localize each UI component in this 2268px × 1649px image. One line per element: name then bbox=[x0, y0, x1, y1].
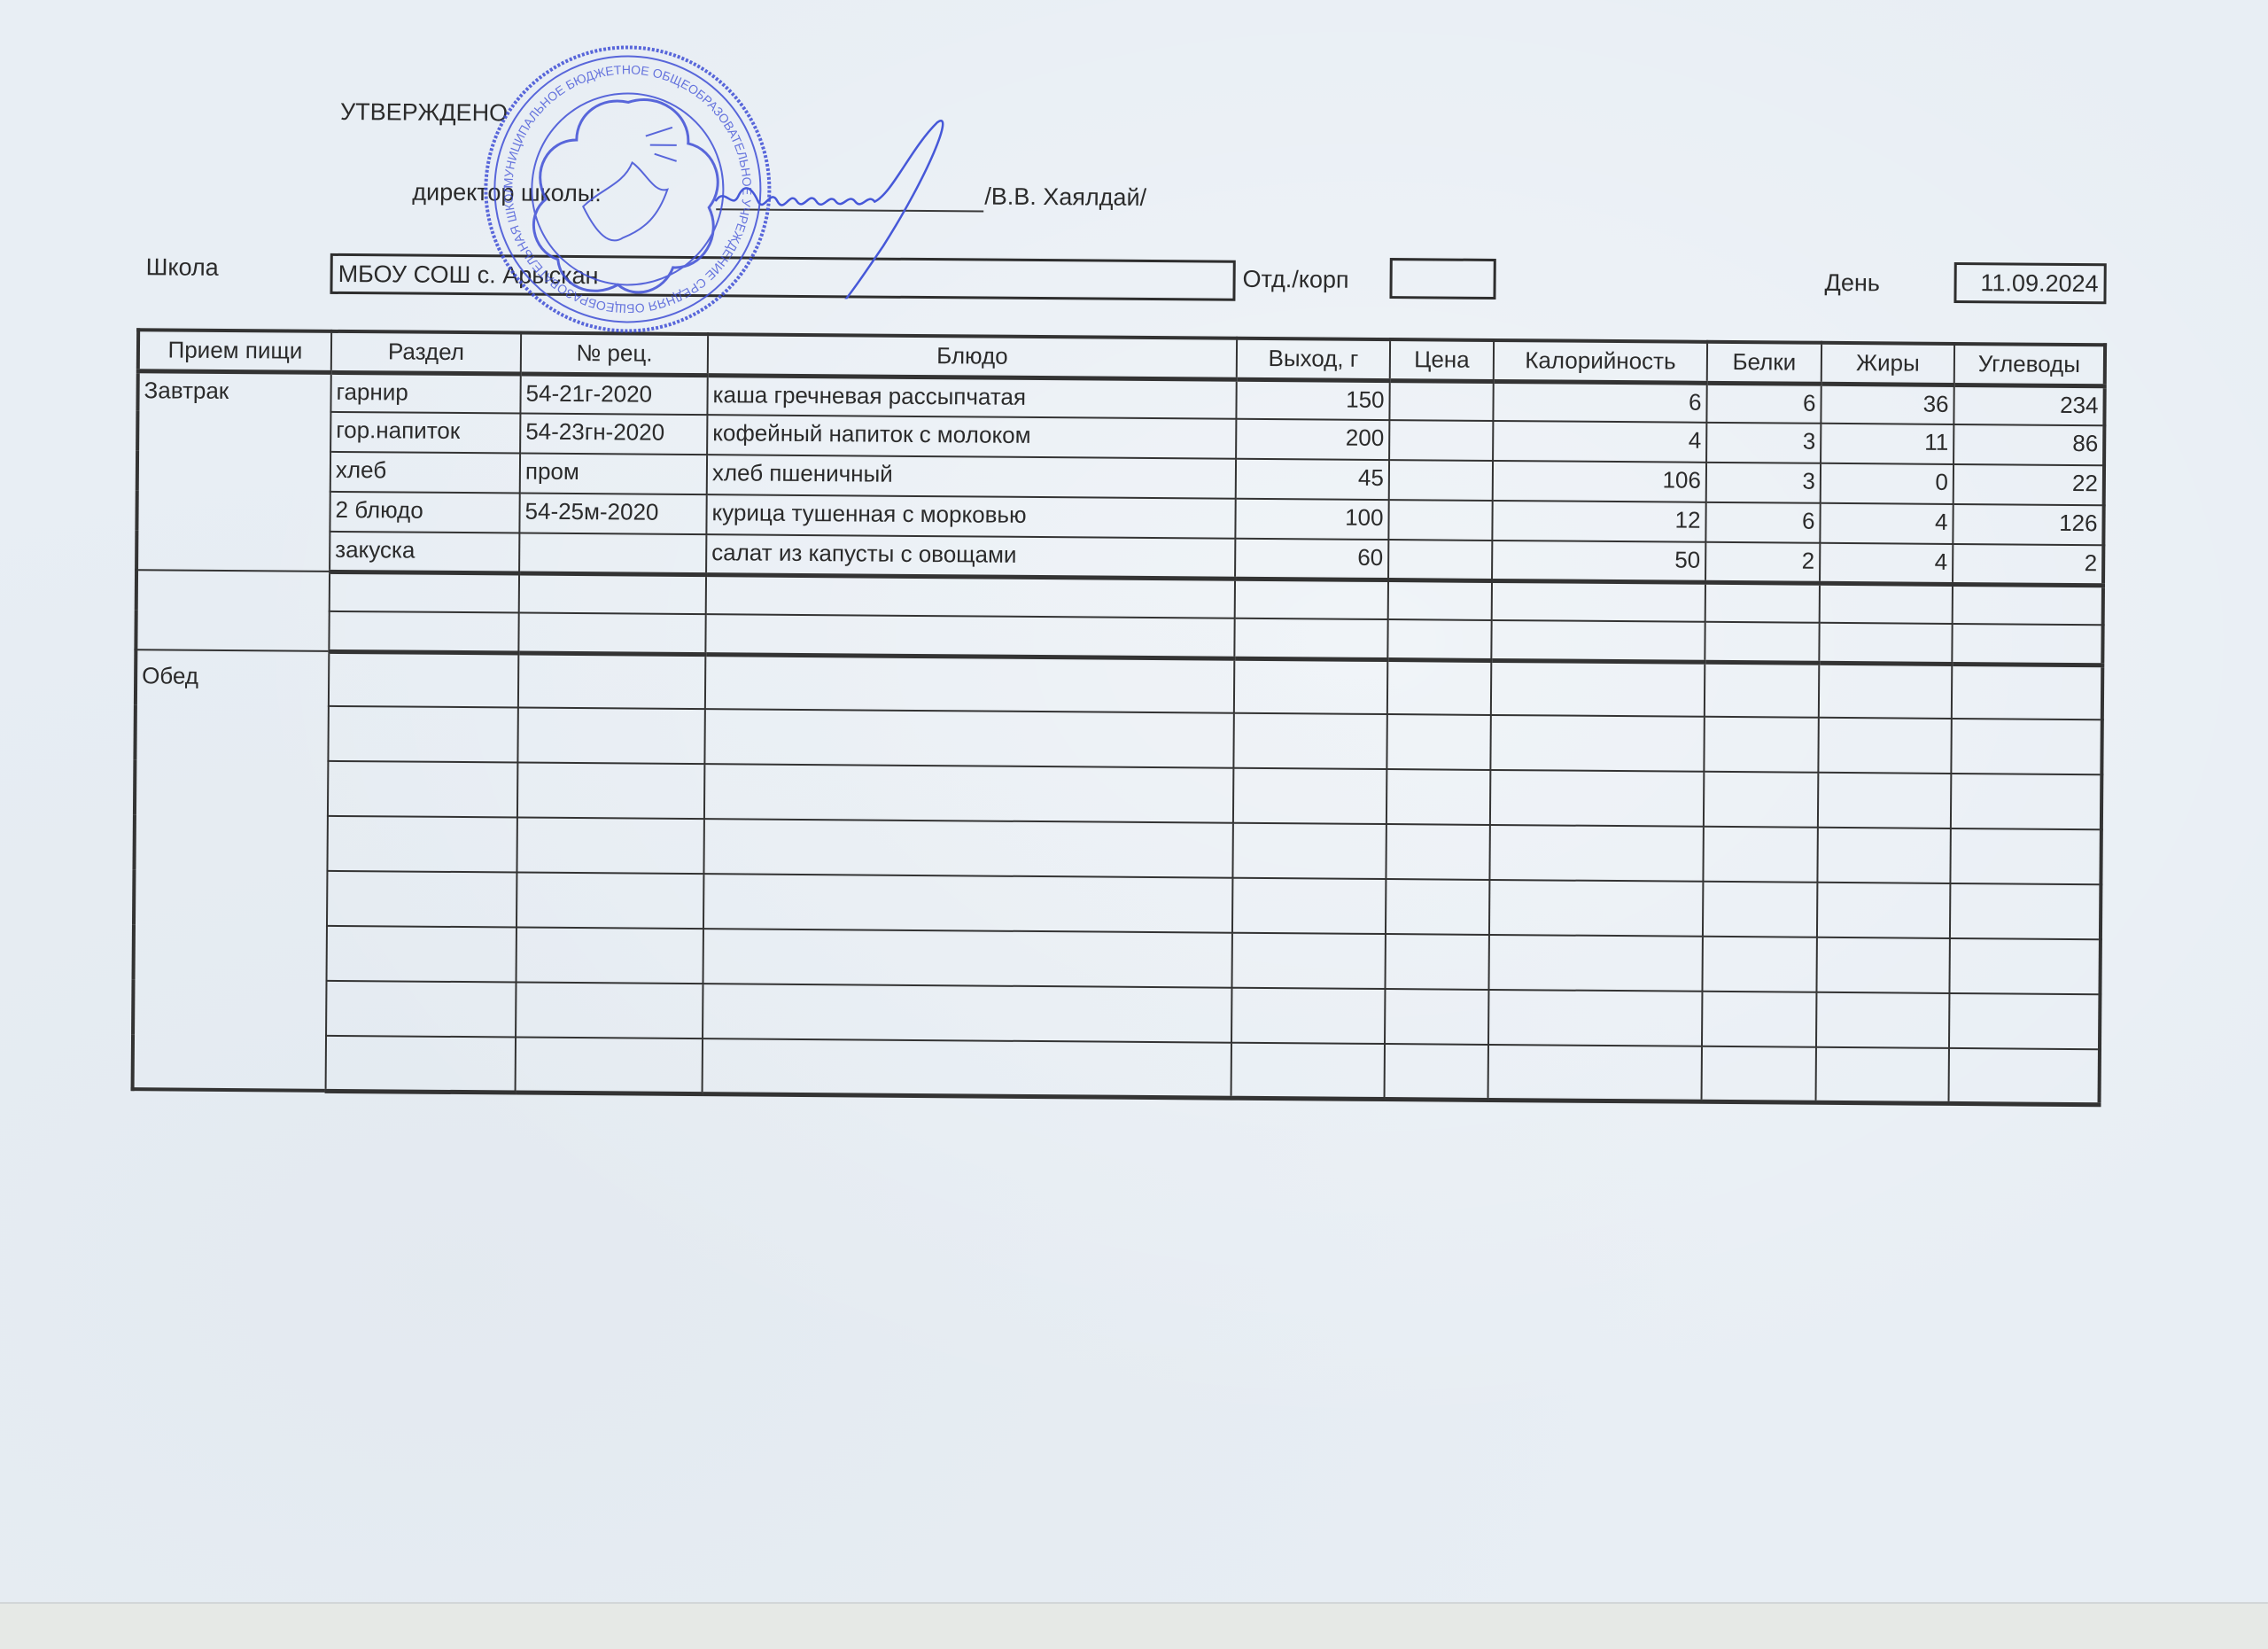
col-calories: Калорийность bbox=[1494, 340, 1707, 383]
carbs-cell[interactable] bbox=[1949, 993, 2100, 1049]
recipe-cell[interactable] bbox=[516, 1038, 703, 1094]
section-cell: гор.напиток bbox=[330, 412, 520, 454]
dish-cell: хлеб пшеничный bbox=[707, 455, 1236, 499]
fats-cell[interactable] bbox=[1819, 623, 1952, 664]
dept-field[interactable] bbox=[1389, 258, 1495, 299]
calories-cell[interactable] bbox=[1490, 770, 1704, 827]
fats-cell[interactable] bbox=[1817, 883, 1950, 938]
recipe-cell: 54-23гн-2020 bbox=[520, 414, 707, 455]
fats-cell[interactable] bbox=[1816, 992, 1949, 1048]
proteins-cell[interactable] bbox=[1705, 582, 1820, 623]
section-cell[interactable] bbox=[326, 981, 516, 1038]
price-cell bbox=[1388, 540, 1492, 580]
col-dish: Блюдо bbox=[708, 334, 1237, 379]
proteins-cell: 6 bbox=[1706, 383, 1821, 424]
fats-cell: 36 bbox=[1821, 384, 1953, 424]
price-cell[interactable] bbox=[1385, 1044, 1488, 1100]
yield-cell[interactable] bbox=[1231, 1043, 1385, 1099]
meal-cell: Завтрак bbox=[136, 370, 331, 572]
col-fats: Жиры bbox=[1821, 343, 1954, 385]
dish-cell: курица тушенная с морковью bbox=[706, 494, 1235, 539]
dept-label: Отд./корп bbox=[1243, 266, 1349, 293]
recipe-cell[interactable] bbox=[518, 613, 705, 655]
section-cell: хлеб bbox=[330, 452, 520, 494]
recipe-cell[interactable] bbox=[517, 763, 704, 820]
yield-cell: 100 bbox=[1235, 499, 1388, 540]
calories-cell[interactable] bbox=[1488, 935, 1702, 992]
day-label: День bbox=[1824, 269, 1880, 296]
dish-cell[interactable] bbox=[703, 929, 1231, 988]
calories-cell[interactable] bbox=[1488, 990, 1702, 1046]
calories-cell[interactable] bbox=[1489, 880, 1703, 937]
fats-cell: 11 bbox=[1821, 424, 1953, 464]
yield-cell[interactable] bbox=[1235, 579, 1388, 619]
fats-cell: 0 bbox=[1821, 463, 1953, 504]
proteins-cell[interactable] bbox=[1703, 827, 1817, 883]
proteins-cell[interactable] bbox=[1704, 772, 1818, 828]
section-cell: закуска bbox=[330, 532, 519, 573]
proteins-cell[interactable] bbox=[1702, 1046, 1816, 1102]
carbs-cell[interactable] bbox=[1953, 584, 2103, 625]
carbs-cell[interactable] bbox=[1949, 1048, 2100, 1104]
section-cell[interactable] bbox=[329, 651, 518, 708]
yield-cell: 200 bbox=[1236, 419, 1389, 460]
recipe-cell: пром bbox=[520, 454, 707, 495]
calories-cell[interactable] bbox=[1488, 1045, 1702, 1101]
carbs-cell[interactable] bbox=[1949, 938, 2100, 994]
recipe-cell[interactable] bbox=[517, 873, 703, 930]
section-cell[interactable] bbox=[328, 706, 517, 763]
fats-cell[interactable] bbox=[1818, 773, 1951, 828]
recipe-cell: 54-21г-2020 bbox=[520, 374, 707, 416]
price-cell[interactable] bbox=[1385, 989, 1488, 1045]
proteins-cell[interactable] bbox=[1705, 622, 1819, 663]
dish-cell[interactable] bbox=[703, 874, 1232, 933]
price-cell bbox=[1389, 460, 1493, 501]
fats-cell[interactable] bbox=[1818, 718, 1951, 774]
fats-cell[interactable] bbox=[1816, 1047, 1949, 1103]
dish-cell[interactable] bbox=[705, 614, 1234, 658]
proteins-cell[interactable] bbox=[1702, 992, 1816, 1047]
day-value: 11.09.2024 bbox=[1980, 269, 2098, 297]
yield-cell[interactable] bbox=[1234, 618, 1387, 659]
dish-cell[interactable] bbox=[704, 764, 1233, 823]
proteins-cell[interactable] bbox=[1702, 937, 1816, 992]
yield-cell[interactable] bbox=[1231, 988, 1385, 1044]
carbs-cell[interactable] bbox=[1952, 664, 2102, 719]
proteins-cell[interactable] bbox=[1703, 882, 1817, 937]
fats-cell: 4 bbox=[1820, 543, 1953, 584]
calories-cell: 6 bbox=[1493, 381, 1706, 423]
recipe-cell[interactable] bbox=[517, 818, 703, 875]
fats-cell[interactable] bbox=[1816, 937, 1949, 993]
recipe-cell: 54-25м-2020 bbox=[519, 494, 706, 535]
meal-cell bbox=[136, 570, 330, 651]
recipe-cell bbox=[519, 533, 706, 575]
calories-cell: 106 bbox=[1493, 461, 1706, 502]
carbs-cell: 234 bbox=[1953, 385, 2104, 425]
proteins-cell[interactable] bbox=[1705, 662, 1819, 718]
school-label: Школа bbox=[146, 253, 219, 281]
section-cell: гарнир bbox=[330, 372, 520, 414]
meal-cell: Обед bbox=[133, 649, 330, 1091]
carbs-cell: 86 bbox=[1953, 424, 2104, 465]
dish-cell[interactable] bbox=[705, 654, 1234, 713]
dish-cell[interactable] bbox=[704, 709, 1233, 768]
price-cell[interactable] bbox=[1386, 879, 1489, 935]
price-cell[interactable] bbox=[1386, 824, 1489, 880]
carbs-cell[interactable] bbox=[1951, 719, 2101, 774]
yield-cell: 45 bbox=[1236, 459, 1389, 500]
dish-cell[interactable] bbox=[703, 984, 1231, 1043]
yield-cell[interactable] bbox=[1232, 878, 1386, 934]
col-proteins: Белки bbox=[1707, 342, 1821, 384]
recipe-cell[interactable] bbox=[519, 573, 706, 615]
menu-table: Прием пищи Раздел № рец. Блюдо Выход, г … bbox=[131, 328, 2108, 1107]
section-cell: 2 блюдо bbox=[330, 492, 519, 533]
section-cell[interactable] bbox=[328, 761, 517, 818]
dish-cell[interactable] bbox=[706, 574, 1235, 618]
dish-cell: кофейный напиток с молоком bbox=[707, 415, 1236, 459]
recipe-cell[interactable] bbox=[516, 983, 703, 1039]
price-cell[interactable] bbox=[1386, 714, 1490, 770]
proteins-cell: 6 bbox=[1705, 502, 1820, 543]
price-cell bbox=[1388, 500, 1492, 541]
calories-cell[interactable] bbox=[1492, 580, 1705, 622]
section-cell[interactable] bbox=[330, 572, 519, 613]
col-yield: Выход, г bbox=[1237, 338, 1390, 380]
yield-cell: 150 bbox=[1236, 379, 1389, 420]
section-cell[interactable] bbox=[329, 611, 518, 653]
document-content: УТВЕРЖДЕНО директор школы: /В.В. Хаялдай… bbox=[0, 0, 2268, 1620]
carbs-cell[interactable] bbox=[1952, 624, 2102, 665]
price-cell[interactable] bbox=[1385, 934, 1488, 990]
dish-cell: салат из капусты с овощами bbox=[706, 534, 1235, 579]
calories-cell[interactable] bbox=[1490, 715, 1704, 772]
calories-cell[interactable] bbox=[1491, 620, 1705, 662]
carbs-cell: 2 bbox=[1953, 544, 2103, 585]
handwritten-signature-icon bbox=[688, 94, 1062, 300]
section-cell[interactable] bbox=[327, 816, 517, 873]
carbs-cell[interactable] bbox=[1950, 883, 2101, 939]
yield-cell[interactable] bbox=[1234, 658, 1387, 714]
col-meal: Прием пищи bbox=[138, 330, 331, 372]
proteins-cell: 3 bbox=[1706, 423, 1821, 463]
price-cell bbox=[1389, 380, 1493, 421]
calories-cell: 12 bbox=[1492, 501, 1705, 542]
dish-cell: каша гречневая рассыпчатая bbox=[707, 375, 1236, 419]
recipe-cell[interactable] bbox=[518, 653, 705, 710]
yield-cell[interactable] bbox=[1232, 823, 1386, 879]
recipe-cell[interactable] bbox=[517, 708, 704, 765]
calories-cell: 50 bbox=[1492, 541, 1705, 582]
dish-cell[interactable] bbox=[703, 819, 1232, 878]
calories-cell: 4 bbox=[1493, 421, 1706, 463]
proteins-cell: 2 bbox=[1705, 542, 1820, 583]
price-cell[interactable] bbox=[1386, 769, 1490, 825]
price-cell[interactable] bbox=[1387, 619, 1491, 660]
section-cell[interactable] bbox=[327, 871, 517, 928]
price-cell[interactable] bbox=[1388, 579, 1492, 620]
col-carbs: Углеводы bbox=[1954, 344, 2105, 385]
fats-cell[interactable] bbox=[1819, 663, 1952, 719]
yield-cell[interactable] bbox=[1231, 933, 1385, 989]
day-field[interactable]: 11.09.2024 bbox=[1953, 262, 2106, 304]
proteins-cell: 3 bbox=[1706, 463, 1821, 503]
section-cell[interactable] bbox=[327, 926, 517, 983]
carbs-cell[interactable] bbox=[1951, 774, 2101, 829]
proteins-cell[interactable] bbox=[1704, 717, 1818, 773]
calories-cell[interactable] bbox=[1489, 825, 1703, 882]
price-cell[interactable] bbox=[1387, 659, 1491, 715]
fats-cell[interactable] bbox=[1820, 583, 1953, 624]
carbs-cell: 126 bbox=[1953, 504, 2103, 545]
yield-cell[interactable] bbox=[1233, 768, 1386, 824]
fats-cell: 4 bbox=[1820, 503, 1953, 544]
section-cell[interactable] bbox=[326, 1036, 516, 1093]
recipe-cell[interactable] bbox=[517, 928, 703, 984]
calories-cell[interactable] bbox=[1491, 660, 1705, 717]
yield-cell: 60 bbox=[1235, 539, 1388, 579]
col-price: Цена bbox=[1390, 339, 1494, 381]
fats-cell[interactable] bbox=[1817, 828, 1950, 883]
price-cell bbox=[1389, 420, 1493, 461]
carbs-cell[interactable] bbox=[1950, 828, 2101, 884]
yield-cell[interactable] bbox=[1233, 713, 1386, 769]
dish-cell[interactable] bbox=[703, 1038, 1231, 1098]
carbs-cell: 22 bbox=[1953, 464, 2104, 505]
